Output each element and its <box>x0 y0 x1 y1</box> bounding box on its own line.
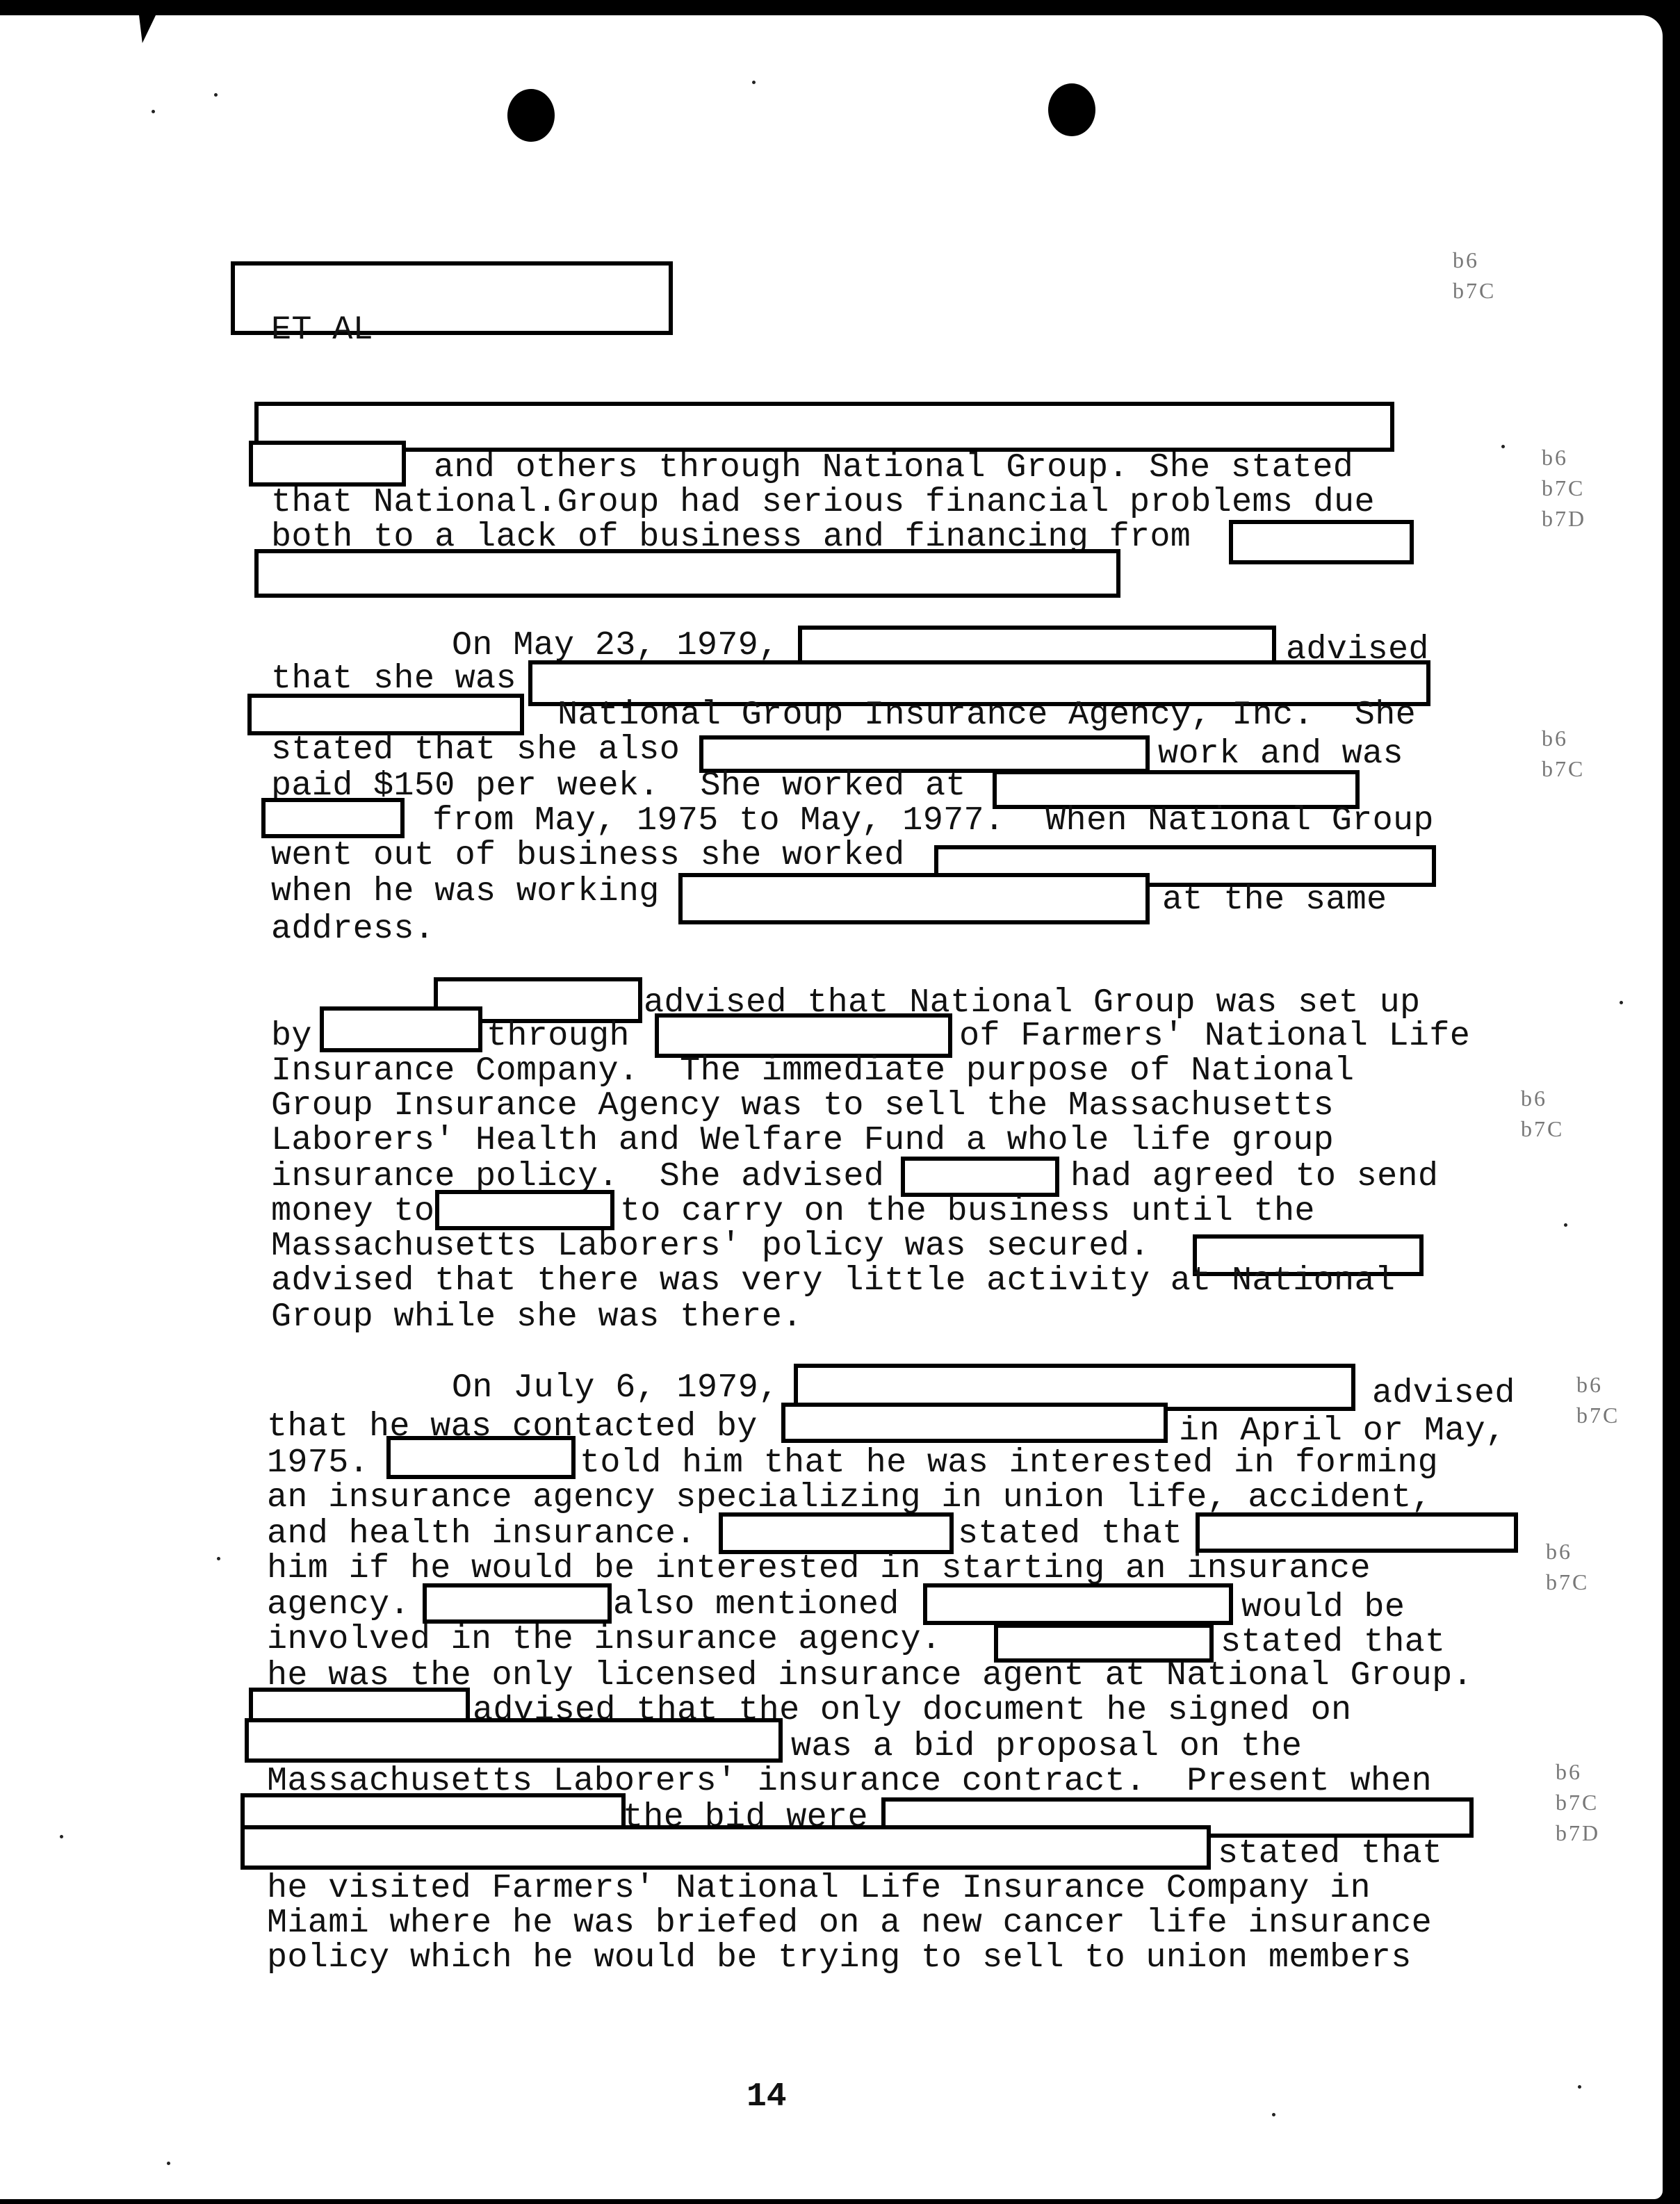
redaction-box <box>247 694 524 735</box>
exemption-codes: b6 b7C b7D <box>1556 1756 1600 1848</box>
redaction-box <box>320 1006 482 1052</box>
scan-speck <box>1501 445 1505 448</box>
paragraph-4-line: Miami where he was briefed on a new canc… <box>267 1906 1432 1941</box>
code-b7c: b7C <box>1546 1569 1589 1594</box>
exemption-codes: b6 b7C <box>1576 1369 1620 1430</box>
code-b7c: b7C <box>1576 1403 1620 1428</box>
paragraph-3-line: had agreed to send <box>1070 1159 1438 1194</box>
paragraph-3-line: by <box>271 1019 312 1054</box>
redaction-box <box>678 873 1150 924</box>
redaction-box <box>923 1583 1233 1625</box>
scan-speck <box>1272 2113 1275 2116</box>
code-b7c: b7C <box>1542 475 1585 500</box>
paragraph-2-line: National Group Insurance Agency, Inc. Sh… <box>557 698 1416 733</box>
paragraph-3-line: insurance policy. She advised <box>271 1159 884 1194</box>
redaction-box <box>1196 1512 1518 1553</box>
paragraph-2-line: that she was <box>271 662 516 696</box>
paragraph-4-line: stated that <box>1218 1836 1442 1871</box>
code-b7c: b7C <box>1453 278 1496 303</box>
paragraph-2-line: went out of business she worked <box>271 838 905 873</box>
scan-speck <box>217 1557 220 1560</box>
code-b7d: b7D <box>1556 1820 1600 1845</box>
scan-speck <box>152 110 155 113</box>
paragraph-4-line: was a bid proposal on the <box>791 1729 1302 1764</box>
scan-speck <box>1564 1223 1567 1227</box>
paragraph-4-line: stated that <box>958 1517 1182 1551</box>
scan-mark <box>139 15 156 43</box>
paragraph-4-line: 1975. <box>267 1446 369 1480</box>
paragraph-3-line: Laborers' Health and Welfare Fund a whol… <box>271 1123 1334 1158</box>
paragraph-3-line: through <box>487 1019 630 1054</box>
redaction-box <box>386 1436 576 1479</box>
code-b6: b6 <box>1546 1539 1572 1564</box>
redaction-box <box>781 1403 1168 1443</box>
paragraph-4-line: he visited Farmers' National Life Insura… <box>267 1871 1371 1906</box>
code-b6: b6 <box>1556 1759 1582 1784</box>
paragraph-3-line: money to <box>271 1194 434 1229</box>
scan-speck <box>214 93 218 97</box>
redaction-box <box>261 798 405 838</box>
paragraph-3-line: Group Insurance Agency was to sell the M… <box>271 1088 1334 1123</box>
paragraph-2-line: stated that she also <box>271 733 680 767</box>
paragraph-3-line: advised that there was very little activ… <box>271 1264 1395 1298</box>
paragraph-4-line: told him that he was interested in formi… <box>580 1446 1438 1480</box>
redaction-box <box>249 1688 470 1722</box>
redaction-box <box>249 441 406 487</box>
paragraph-4-line: an insurance agency specializing in unio… <box>267 1480 1432 1515</box>
exemption-codes: b6 b7C <box>1542 723 1585 784</box>
redaction-box <box>435 1190 614 1230</box>
scan-speck <box>1578 2085 1581 2089</box>
exemption-codes: b6 b7C <box>1453 245 1496 306</box>
paragraph-2-line: from May, 1975 to May, 1977. When Nation… <box>432 803 1434 838</box>
paragraph-4-line: would be <box>1241 1590 1405 1625</box>
scan-speck <box>60 1835 63 1838</box>
paragraph-4-line: stated that <box>1221 1625 1445 1660</box>
paragraph-2-line: address. <box>271 912 434 947</box>
paragraph-1-line: that National.Group had serious financia… <box>271 485 1375 520</box>
paragraph-3-line: Massachusetts Laborers' policy was secur… <box>271 1229 1150 1264</box>
code-b7c: b7C <box>1556 1790 1599 1815</box>
paragraph-4-line: policy which he would be trying to sell … <box>267 1941 1412 1975</box>
code-b6: b6 <box>1521 1086 1547 1111</box>
redaction-box <box>1229 520 1414 564</box>
code-b6: b6 <box>1542 726 1568 751</box>
paragraph-4-line: him if he would be interested in startin… <box>267 1551 1371 1586</box>
paragraph-4-line: On July 6, 1979, <box>452 1371 778 1405</box>
redaction-box <box>719 1512 954 1554</box>
exemption-codes: b6 b7C b7D <box>1542 442 1586 534</box>
redaction-box <box>254 549 1120 598</box>
paragraph-2-line: On May 23, 1979, <box>452 628 778 663</box>
paragraph-4-line: also mentioned <box>613 1587 899 1622</box>
paragraph-2-line: when he was working <box>271 874 660 909</box>
paragraph-4-line: involved in the insurance agency. <box>267 1622 941 1657</box>
paragraph-3-line: of Farmers' National Life <box>959 1019 1470 1054</box>
paragraph-3-line: to carry on the business until the <box>620 1194 1315 1229</box>
page-number: 14 <box>747 2078 787 2116</box>
paragraph-1-line: and others through National Group. She s… <box>434 450 1353 485</box>
header-caption: ET AL <box>271 313 373 348</box>
code-b6: b6 <box>1576 1372 1603 1397</box>
code-b7c: b7C <box>1542 756 1585 781</box>
code-b7c: b7C <box>1521 1116 1564 1141</box>
paragraph-4-line: agency. <box>267 1587 410 1622</box>
paragraph-3-line: Group while she was there. <box>271 1300 803 1334</box>
redaction-box <box>240 1825 1211 1870</box>
exemption-codes: b6 b7C <box>1521 1083 1564 1144</box>
punch-hole-left <box>507 89 555 142</box>
paragraph-3-line: Insurance Company. The immediate purpose… <box>271 1054 1354 1088</box>
code-b6: b6 <box>1542 445 1568 470</box>
redaction-box <box>901 1157 1059 1197</box>
scan-speck <box>167 2162 170 2165</box>
redaction-box <box>245 1718 783 1763</box>
exemption-codes: b6 b7C <box>1546 1536 1589 1597</box>
paragraph-2-line: work and was <box>1158 737 1403 772</box>
redaction-box <box>254 402 1394 452</box>
scan-speck <box>752 81 756 84</box>
code-b7d: b7D <box>1542 506 1586 531</box>
paragraph-2-line: at the same <box>1162 883 1387 917</box>
paragraph-4-line: and health insurance. <box>267 1517 696 1551</box>
redaction-box <box>423 1583 612 1624</box>
scan-speck <box>1620 1001 1623 1004</box>
punch-hole-right <box>1048 83 1095 136</box>
paragraph-4-line: advised <box>1372 1376 1515 1411</box>
code-b6: b6 <box>1453 247 1479 272</box>
scanned-page: ET AL b6 b7C b6 b7C b7D b6 b7C b6 b7C b6… <box>0 0 1680 2204</box>
